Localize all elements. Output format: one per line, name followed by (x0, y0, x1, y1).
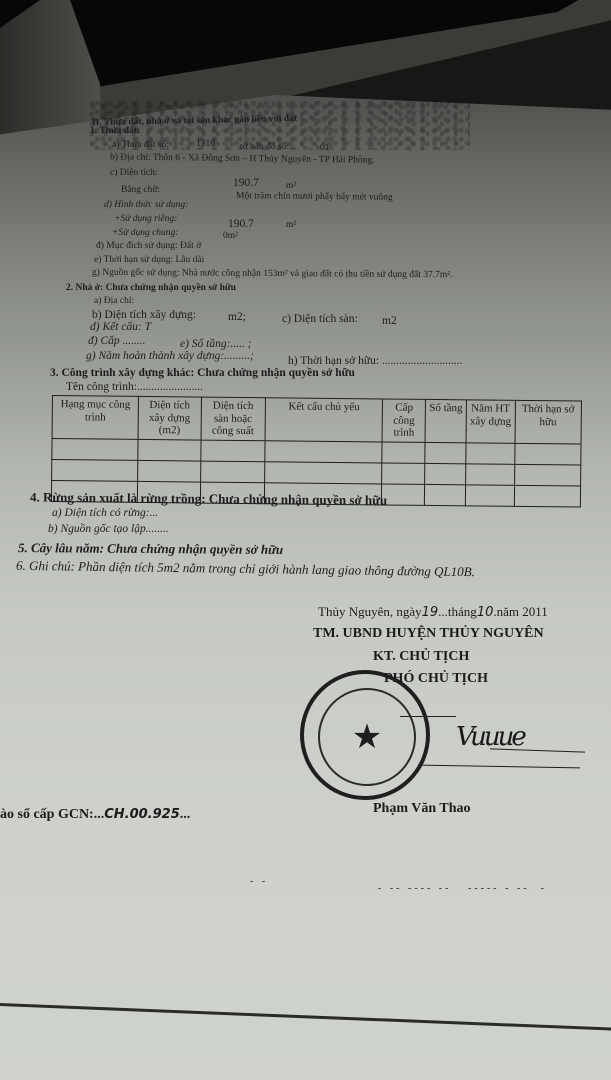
table-cell (265, 441, 383, 463)
table-cell (514, 464, 581, 486)
registry-suffix: ... (180, 807, 191, 822)
col-header: Thời hạn sở hữu (515, 400, 582, 444)
place-date-prefix: Thủy Nguyên, ngày (318, 604, 422, 619)
year-label: .năm 2011 (493, 604, 547, 619)
col-header: Diện tích xây dựng (m2) (138, 396, 201, 440)
col-header: Cấp công trình (382, 399, 425, 442)
area-value: 190.7 (233, 178, 259, 190)
official-seal: ★ (300, 670, 430, 800)
parcel-number-label: a) Thửa đất số: (112, 141, 169, 151)
col-header: Số tầng (425, 399, 466, 442)
common-use-label: +Sử dụng chung: (112, 229, 178, 239)
faint-dashes: - -- ---- -- ----- - -- - (378, 883, 547, 894)
certificate-page (0, 95, 611, 1080)
signer-name: Phạm Văn Thao (373, 802, 471, 816)
issuing-organization: TM. UBND HUYỆN THỦY NGUYÊN (313, 627, 544, 641)
forest-area: a) Diện tích có rừng:... (52, 508, 158, 520)
parcel-number-value: 1710 (196, 140, 215, 150)
col-header: Hạng mục công trình (52, 396, 139, 440)
signer-role-1: KT. CHỦ TỊCH (373, 650, 469, 664)
table-cell (382, 442, 425, 463)
area-unit: m² (286, 182, 296, 192)
land-heading: 1. Thửa đất: (90, 127, 140, 137)
table-cell (265, 462, 383, 484)
month-label: ...tháng (438, 604, 477, 619)
col-header: Diện tích sàn hoặc công suất (201, 397, 266, 441)
house-floors: e) Số tầng:..... ; (180, 339, 252, 351)
works-name-label: Tên công trình:....................... (66, 382, 203, 394)
table-cell (425, 484, 466, 505)
usage-form-label: d) Hình thức sử dụng: (104, 201, 188, 211)
house-footprint-label: b) Diện tích xây dựng: (92, 310, 196, 322)
table-cell (200, 461, 265, 483)
map-sheet-label: tờ bản đồ số: (240, 143, 289, 153)
date-day: 19 (422, 605, 439, 620)
area-in-words-value: Một trăm chín mươi phẩy bẩy mét vuông (236, 192, 393, 203)
signature-stroke (400, 716, 456, 717)
map-sheet-value: 01 (320, 144, 330, 154)
house-ownership-term: h) Thời hạn sở hữu: ....................… (288, 356, 462, 368)
col-header: Năm HT xây dựng (466, 400, 515, 443)
house-grade: đ) Cấp ........ (88, 336, 146, 348)
house-completion-year: g) Năm hoàn thành xây dựng:.........; (86, 351, 254, 363)
land-purpose: đ) Mục đích sử dụng: Đất ở (96, 242, 201, 252)
private-use-value: 190.7 (228, 219, 254, 231)
date-month: 10 (477, 605, 494, 620)
table-cell (138, 439, 201, 461)
house-structure: d) Kết cấu: T (90, 322, 151, 334)
col-header: Kết cấu chủ yếu (265, 398, 383, 442)
forest-heading: 4. Rừng sản xuất là rừng trồng: Chưa chứ… (30, 490, 387, 506)
table-header-row: Hạng mục công trình Diện tích xây dựng (… (52, 396, 581, 444)
state-emblem-icon: ★ (318, 688, 416, 786)
registry-label: ào sổ cấp GCN:... (0, 807, 104, 822)
table-cell (425, 442, 466, 463)
table-cell (514, 485, 581, 507)
house-floor-area-unit: m2 (382, 316, 397, 328)
area-label: c) Diện tích: (110, 169, 157, 179)
table-cell (425, 463, 466, 484)
table-cell (514, 443, 581, 465)
table-cell (138, 460, 201, 482)
faint-dashes: - - (250, 876, 268, 887)
table-cell (465, 464, 514, 486)
perennial-heading: 5. Cây lâu năm: Chưa chứng nhận quyền sở… (18, 541, 283, 556)
table-cell (466, 443, 515, 465)
table-cell (382, 484, 425, 505)
common-use-value: 0m² (223, 232, 238, 242)
table-cell (465, 485, 514, 507)
land-term: e) Thời hạn sử dụng: Lâu dài (94, 256, 204, 266)
house-footprint-unit: m2; (228, 312, 246, 324)
house-floor-area-label: c) Diện tích sàn: (282, 314, 358, 326)
private-use-unit: m² (286, 221, 296, 231)
forest-origin: b) Nguồn gốc tạo lập........ (48, 524, 169, 536)
place-date: Thủy Nguyên, ngày19...tháng10.năm 2011 (318, 605, 548, 619)
table-cell (382, 463, 425, 484)
house-address: a) Địa chỉ: (94, 297, 134, 307)
table-cell (200, 440, 265, 462)
table-cell (52, 459, 138, 481)
registry-value: CH.00.925 (104, 807, 180, 822)
other-works-heading: 3. Công trình xây dựng khác: Chưa chứng … (50, 368, 355, 380)
registry-number: ào sổ cấp GCN:...CH.00.925... (0, 808, 190, 822)
house-heading: 2. Nhà ở: Chưa chứng nhận quyền sở hữu (66, 284, 236, 294)
area-in-words-label: Bằng chữ: (121, 186, 160, 196)
table-cell (52, 438, 138, 460)
private-use-label: +Sử dụng riêng: (114, 215, 177, 225)
